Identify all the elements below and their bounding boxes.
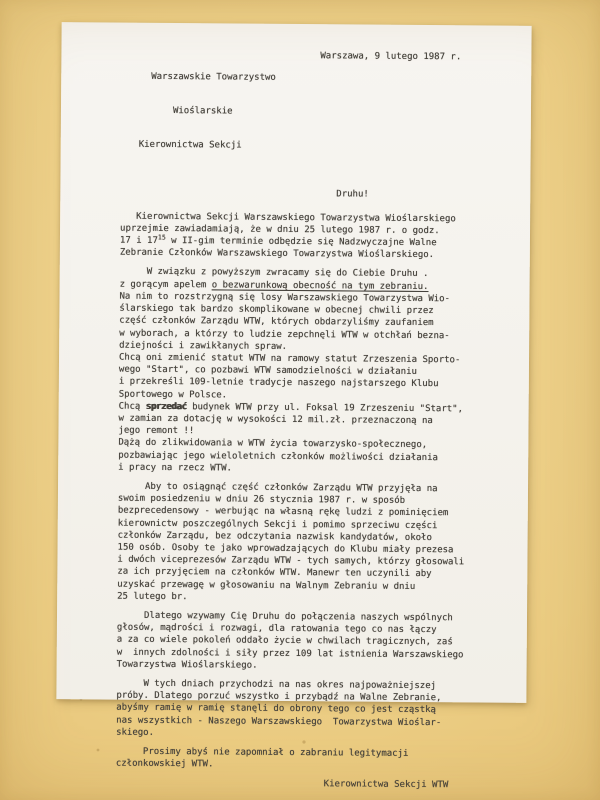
paragraph-2: W związku z powyższym zwracamy się do Ci… xyxy=(118,266,490,476)
superscript-minutes: 15 xyxy=(158,234,166,242)
letter-line: 25 lutego br. xyxy=(117,590,487,605)
letterhead-line: Wioślarskie xyxy=(173,106,491,120)
paragraph-5: W tych dniach przychodzi na nas okres na… xyxy=(116,678,486,742)
salutation: Druhu! xyxy=(336,189,490,202)
overstruck-word: sprzedać xyxy=(146,402,187,412)
letter-line-text: Chcą xyxy=(119,401,146,411)
letterhead-line: Kierownictwa Sekcji xyxy=(139,140,491,154)
underlined-phrase: o bezwarunkową obecność na tym zebraniu. xyxy=(212,280,429,292)
paragraph-6: Prosimy abyś nie zapomniał o zabraniu le… xyxy=(116,746,486,773)
letter-line: członkowskiej WTW. xyxy=(116,758,486,773)
letter-line-text: z gorącym apelem xyxy=(120,279,212,290)
signature: Kierownictwa Sekcji WTW xyxy=(324,779,486,792)
paragraph-4: Dlatego wzywamy Cię Druhu do połączenia … xyxy=(117,610,487,674)
album-page-background: Warszawskie Towarzystwo Wioślarskie Kier… xyxy=(0,0,600,800)
paper-specks xyxy=(0,0,2,2)
meeting-time-text: 17 i 17 xyxy=(120,236,158,246)
letterhead: Warszawskie Towarzystwo Wioślarskie Kier… xyxy=(120,49,491,177)
dateline: Warszawa, 9 lutego 1987 r. xyxy=(320,50,461,63)
letter-body: Kierownictwa Sekcji Warszawskiego Towarz… xyxy=(116,210,491,792)
letter-line-text: w II-gim terminie odbędzie się Nadzwycza… xyxy=(166,236,437,248)
paragraph-1: Kierownictwa Sekcji Warszawskiego Towarz… xyxy=(120,210,490,262)
letter-content: Warszawskie Towarzystwo Wioślarskie Kier… xyxy=(56,22,531,703)
paragraph-3: Aby to osiągnąć część członków Zarządu W… xyxy=(117,481,488,606)
letter-document: Warszawskie Towarzystwo Wioślarskie Kier… xyxy=(56,22,531,703)
letter-line: Zebranie Członków Warszawskiego Towarzys… xyxy=(120,247,490,262)
letterhead-line: Warszawskie Towarzystwo xyxy=(151,72,491,86)
letter-line-text: budynek WTW przy ul. Foksal 19 Zrzeszeni… xyxy=(187,402,463,414)
